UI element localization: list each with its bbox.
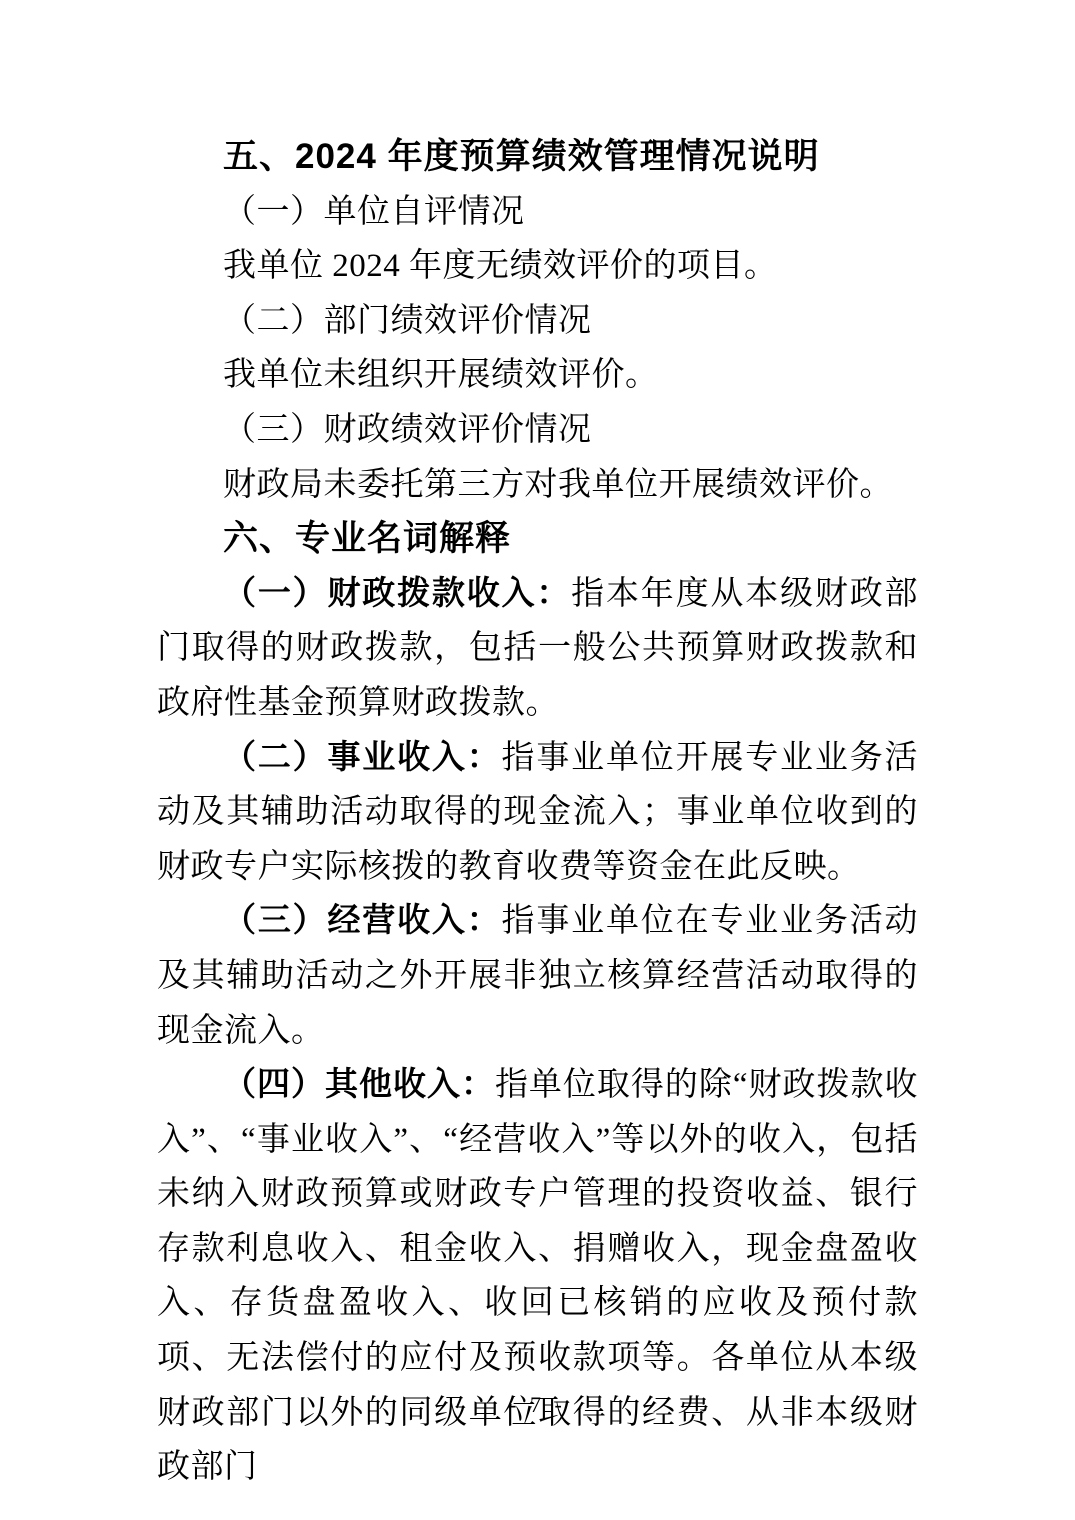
document-page: 五、2024 年度预算绩效管理情况说明 （一）单位自评情况 我单位 2024 年… [0, 0, 1075, 1520]
paragraph-self-evaluation: 我单位 2024 年度无绩效评价的项目。 [157, 239, 918, 294]
term-label: （三）经营收入： [223, 903, 502, 939]
term-paragraph-business-income: （三）经营收入：指事业单位在专业业务活动及其辅助活动之外开展非独立核算经营活动取… [157, 894, 918, 1058]
paragraph-finance-evaluation: 财政局未委托第三方对我单位开展绩效评价。 [157, 458, 918, 513]
subsection-heading-5-3: （三）财政绩效评价情况 [157, 403, 918, 458]
paragraph-department-evaluation: 我单位未组织开展绩效评价。 [157, 348, 918, 403]
term-paragraph-other-income: （四）其他收入：指单位取得的除“财政拨款收入”、“事业收入”、“经营收入”等以外… [157, 1058, 918, 1495]
section-heading-5: 五、2024 年度预算绩效管理情况说明 [157, 130, 918, 185]
subsection-heading-5-2: （二）部门绩效评价情况 [157, 294, 918, 349]
term-label: （一）财政拨款收入： [223, 576, 571, 612]
term-paragraph-operating-income: （二）事业收入：指事业单位开展专业业务活动及其辅助活动取得的现金流入；事业单位收… [157, 731, 918, 895]
term-paragraph-fiscal-appropriation-income: （一）财政拨款收入：指本年度从本级财政部门取得的财政拨款，包括一般公共预算财政拨… [157, 567, 918, 731]
term-label: （四）其他收入： [223, 1067, 495, 1103]
term-definition: 指单位取得的除“财政拨款收入”、“事业收入”、“经营收入”等以外的收入，包括未纳… [157, 1067, 918, 1485]
subsection-heading-5-1: （一）单位自评情况 [157, 185, 918, 240]
section-heading-6: 六、专业名词解释 [157, 512, 918, 567]
document-body: 五、2024 年度预算绩效管理情况说明 （一）单位自评情况 我单位 2024 年… [157, 130, 918, 1495]
page-number: - 7 - [0, 1392, 1075, 1418]
term-label: （二）事业收入： [223, 740, 502, 776]
